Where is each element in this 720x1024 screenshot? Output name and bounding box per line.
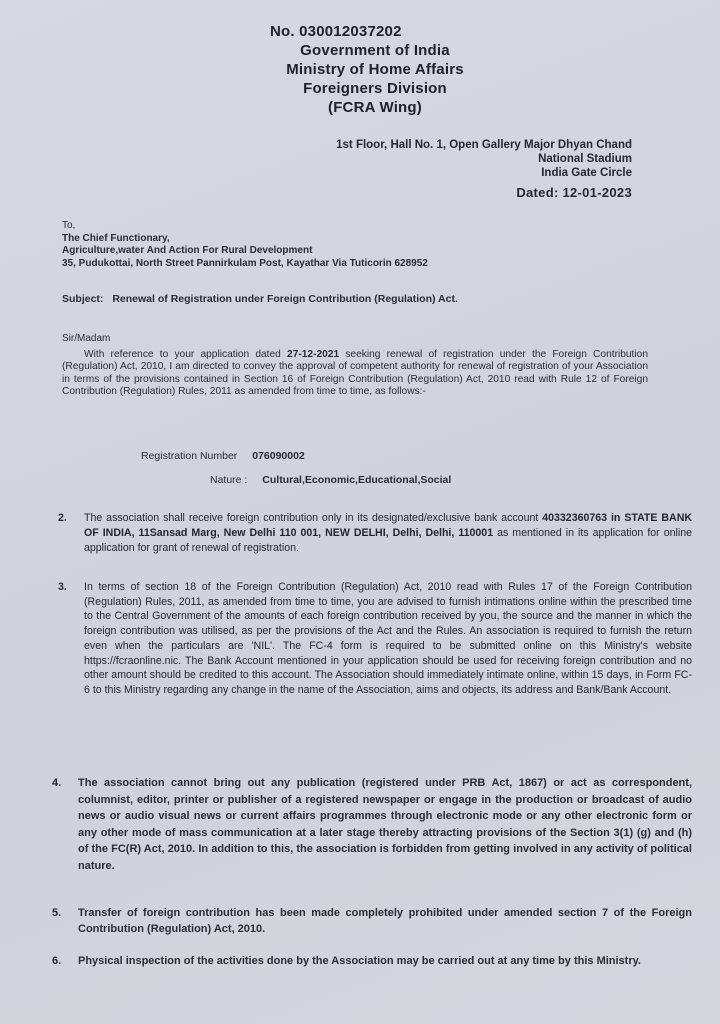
address-line: National Stadium bbox=[336, 152, 632, 166]
subject-label: Subject: bbox=[62, 293, 103, 305]
header-line-ministry: Ministry of Home Affairs bbox=[260, 60, 490, 79]
clause-5: 5. Transfer of foreign contribution has … bbox=[52, 906, 692, 937]
address-line: 1st Floor, Hall No. 1, Open Gallery Majo… bbox=[336, 138, 632, 152]
reference-number: No. 030012037202 bbox=[260, 22, 490, 41]
address-line: India Gate Circle bbox=[336, 166, 632, 180]
header-line-government: Government of India bbox=[260, 41, 490, 60]
header-line-division: Foreigners Division bbox=[260, 79, 490, 98]
header-line-wing: (FCRA Wing) bbox=[260, 98, 490, 117]
to-label: To, bbox=[62, 220, 428, 233]
clause-number: 5. bbox=[52, 906, 78, 937]
clause-number: 2. bbox=[58, 511, 84, 556]
salutation: Sir/Madam bbox=[62, 333, 110, 344]
recipient-line: 35, Pudukottai, North Street Pannirkulam… bbox=[62, 258, 428, 271]
clause-number: 4. bbox=[52, 775, 78, 875]
letter-date: Dated: 12-01-2023 bbox=[336, 186, 632, 200]
clause-number: 6. bbox=[52, 954, 78, 970]
clause-text: Physical inspection of the activities do… bbox=[78, 954, 692, 970]
registration-number-label: Registration Number bbox=[141, 450, 237, 462]
application-date: 27-12-2021 bbox=[287, 349, 339, 360]
nature-label: Nature : bbox=[210, 474, 247, 486]
intro-text: With reference to your application dated bbox=[84, 349, 287, 360]
subject-text: Renewal of Registration under Foreign Co… bbox=[112, 293, 458, 305]
recipient-line: Agriculture,water And Action For Rural D… bbox=[62, 245, 428, 258]
nature-value: Cultural,Economic,Educational,Social bbox=[262, 474, 451, 486]
registration-number-value: 076090002 bbox=[252, 450, 305, 462]
clause-text: In terms of section 18 of the Foreign Co… bbox=[84, 580, 692, 698]
intro-paragraph: With reference to your application dated… bbox=[62, 349, 648, 398]
clause-2: 2. The association shall receive foreign… bbox=[58, 511, 692, 556]
letter-page: No. 030012037202 Government of India Min… bbox=[0, 0, 720, 1024]
clause-text: Transfer of foreign contribution has bee… bbox=[78, 906, 692, 937]
subject-line: Subject: Renewal of Registration under F… bbox=[62, 293, 458, 305]
registration-nature-row: Nature : Cultural,Economic,Educational,S… bbox=[210, 474, 451, 486]
sender-address: 1st Floor, Hall No. 1, Open Gallery Majo… bbox=[336, 138, 632, 200]
recipient-block: To, The Chief Functionary, Agriculture,w… bbox=[62, 220, 428, 270]
clause-6: 6. Physical inspection of the activities… bbox=[52, 954, 692, 970]
clause-3: 3. In terms of section 18 of the Foreign… bbox=[58, 580, 692, 698]
clause-text: The association cannot bring out any pub… bbox=[78, 775, 692, 875]
recipient-line: The Chief Functionary, bbox=[62, 233, 428, 246]
registration-number-row: Registration Number 076090002 bbox=[141, 450, 305, 462]
clause-number: 3. bbox=[58, 580, 84, 698]
clause-4: 4. The association cannot bring out any … bbox=[52, 775, 692, 875]
clause-text: The association shall receive foreign co… bbox=[84, 511, 692, 556]
letter-header: No. 030012037202 Government of India Min… bbox=[260, 22, 490, 117]
